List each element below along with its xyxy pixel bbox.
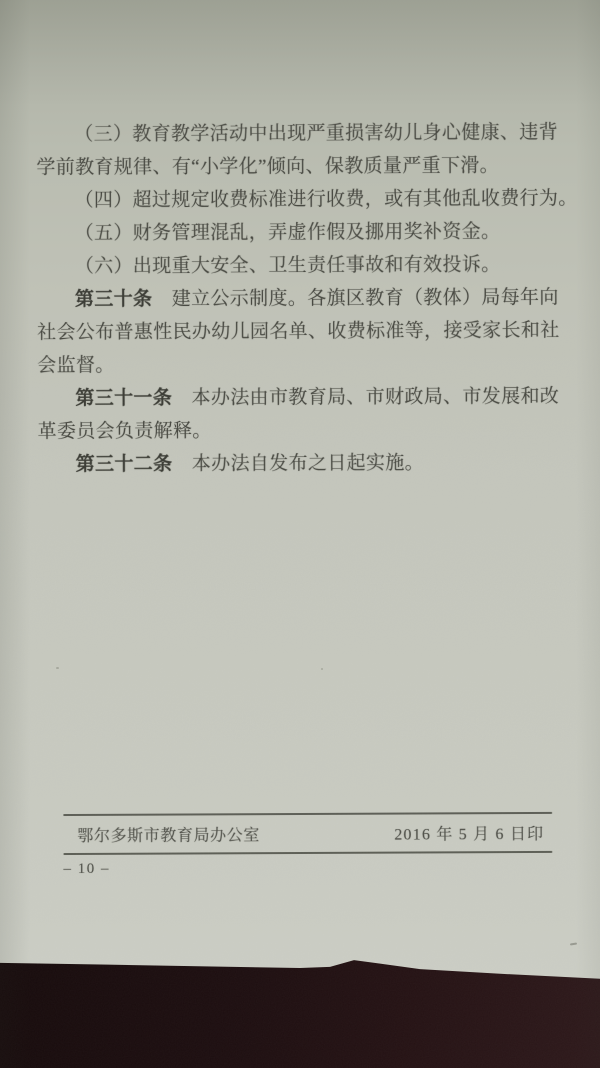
text-line: 学前教育规律、有“小学化”倾向、保教质量严重下滑。 [36, 149, 563, 184]
text-line: （六）出现重大安全、卫生责任事故和有效投诉。 [37, 248, 564, 283]
page-number: – 10 – [63, 859, 552, 878]
article-number: 第三十条 [75, 289, 152, 310]
footer-rule-bottom [63, 851, 552, 855]
photographed-document-page: （三）教育教学活动中出现严重损害幼儿身心健康、违背学前教育规律、有“小学化”倾向… [0, 0, 600, 1068]
article-number: 第三十二条 [76, 454, 173, 475]
text-line: （三）教育教学活动中出现严重损害幼儿身心健康、违背 [36, 116, 563, 151]
paper-sheet: （三）教育教学活动中出现严重损害幼儿身心健康、违背学前教育规律、有“小学化”倾向… [0, 0, 600, 1068]
dust-speck [321, 668, 323, 670]
text-line: 第三十条 建立公示制度。各旗区教育（教体）局每年向 [37, 281, 564, 316]
text-line: 革委员会负责解释。 [37, 413, 564, 448]
text-line: （五）财务管理混乱，弄虚作假及挪用奖补资金。 [37, 215, 564, 250]
footer-rule-top [63, 812, 552, 816]
article-number: 第三十一条 [75, 388, 172, 409]
dust-speck [56, 667, 59, 669]
document-body: （三）教育教学活动中出现严重损害幼儿身心健康、违背学前教育规律、有“小学化”倾向… [36, 116, 565, 481]
issuing-office: 鄂尔多斯市教育局办公室 [63, 822, 260, 846]
footer-row: 鄂尔多斯市教育局办公室 2016 年 5 月 6 日印 [63, 821, 552, 845]
text-line: （四）超过规定收费标准进行收费，或有其他乱收费行为。 [36, 182, 563, 217]
text-line: 社会公布普惠性民办幼儿园名单、收费标准等，接受家长和社 [37, 314, 564, 349]
text-line: 会监督。 [37, 347, 564, 382]
document-footer: 鄂尔多斯市教育局办公室 2016 年 5 月 6 日印 – 10 – [63, 812, 552, 878]
text-line: 第三十一条 本办法由市教育局、市财政局、市发展和改 [37, 380, 564, 415]
print-date: 2016 年 5 月 6 日印 [394, 820, 552, 844]
text-line: 第三十二条 本办法自发布之日起实施。 [38, 446, 565, 481]
